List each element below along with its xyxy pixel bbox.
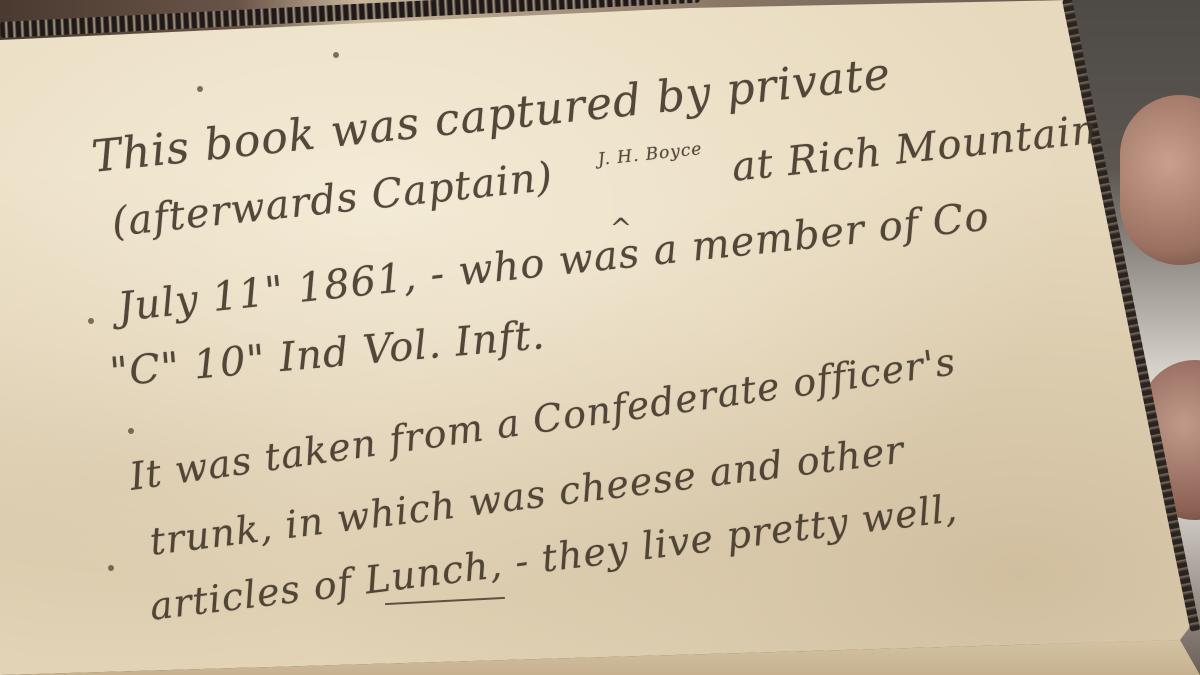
ink-spot	[333, 52, 339, 58]
ink-spot	[88, 318, 94, 324]
ink-spot	[108, 565, 114, 571]
ink-spot	[197, 86, 203, 92]
finger	[1120, 95, 1200, 265]
photo-scene: This book was captured by private J. H. …	[0, 0, 1200, 675]
ink-spot	[128, 428, 134, 434]
